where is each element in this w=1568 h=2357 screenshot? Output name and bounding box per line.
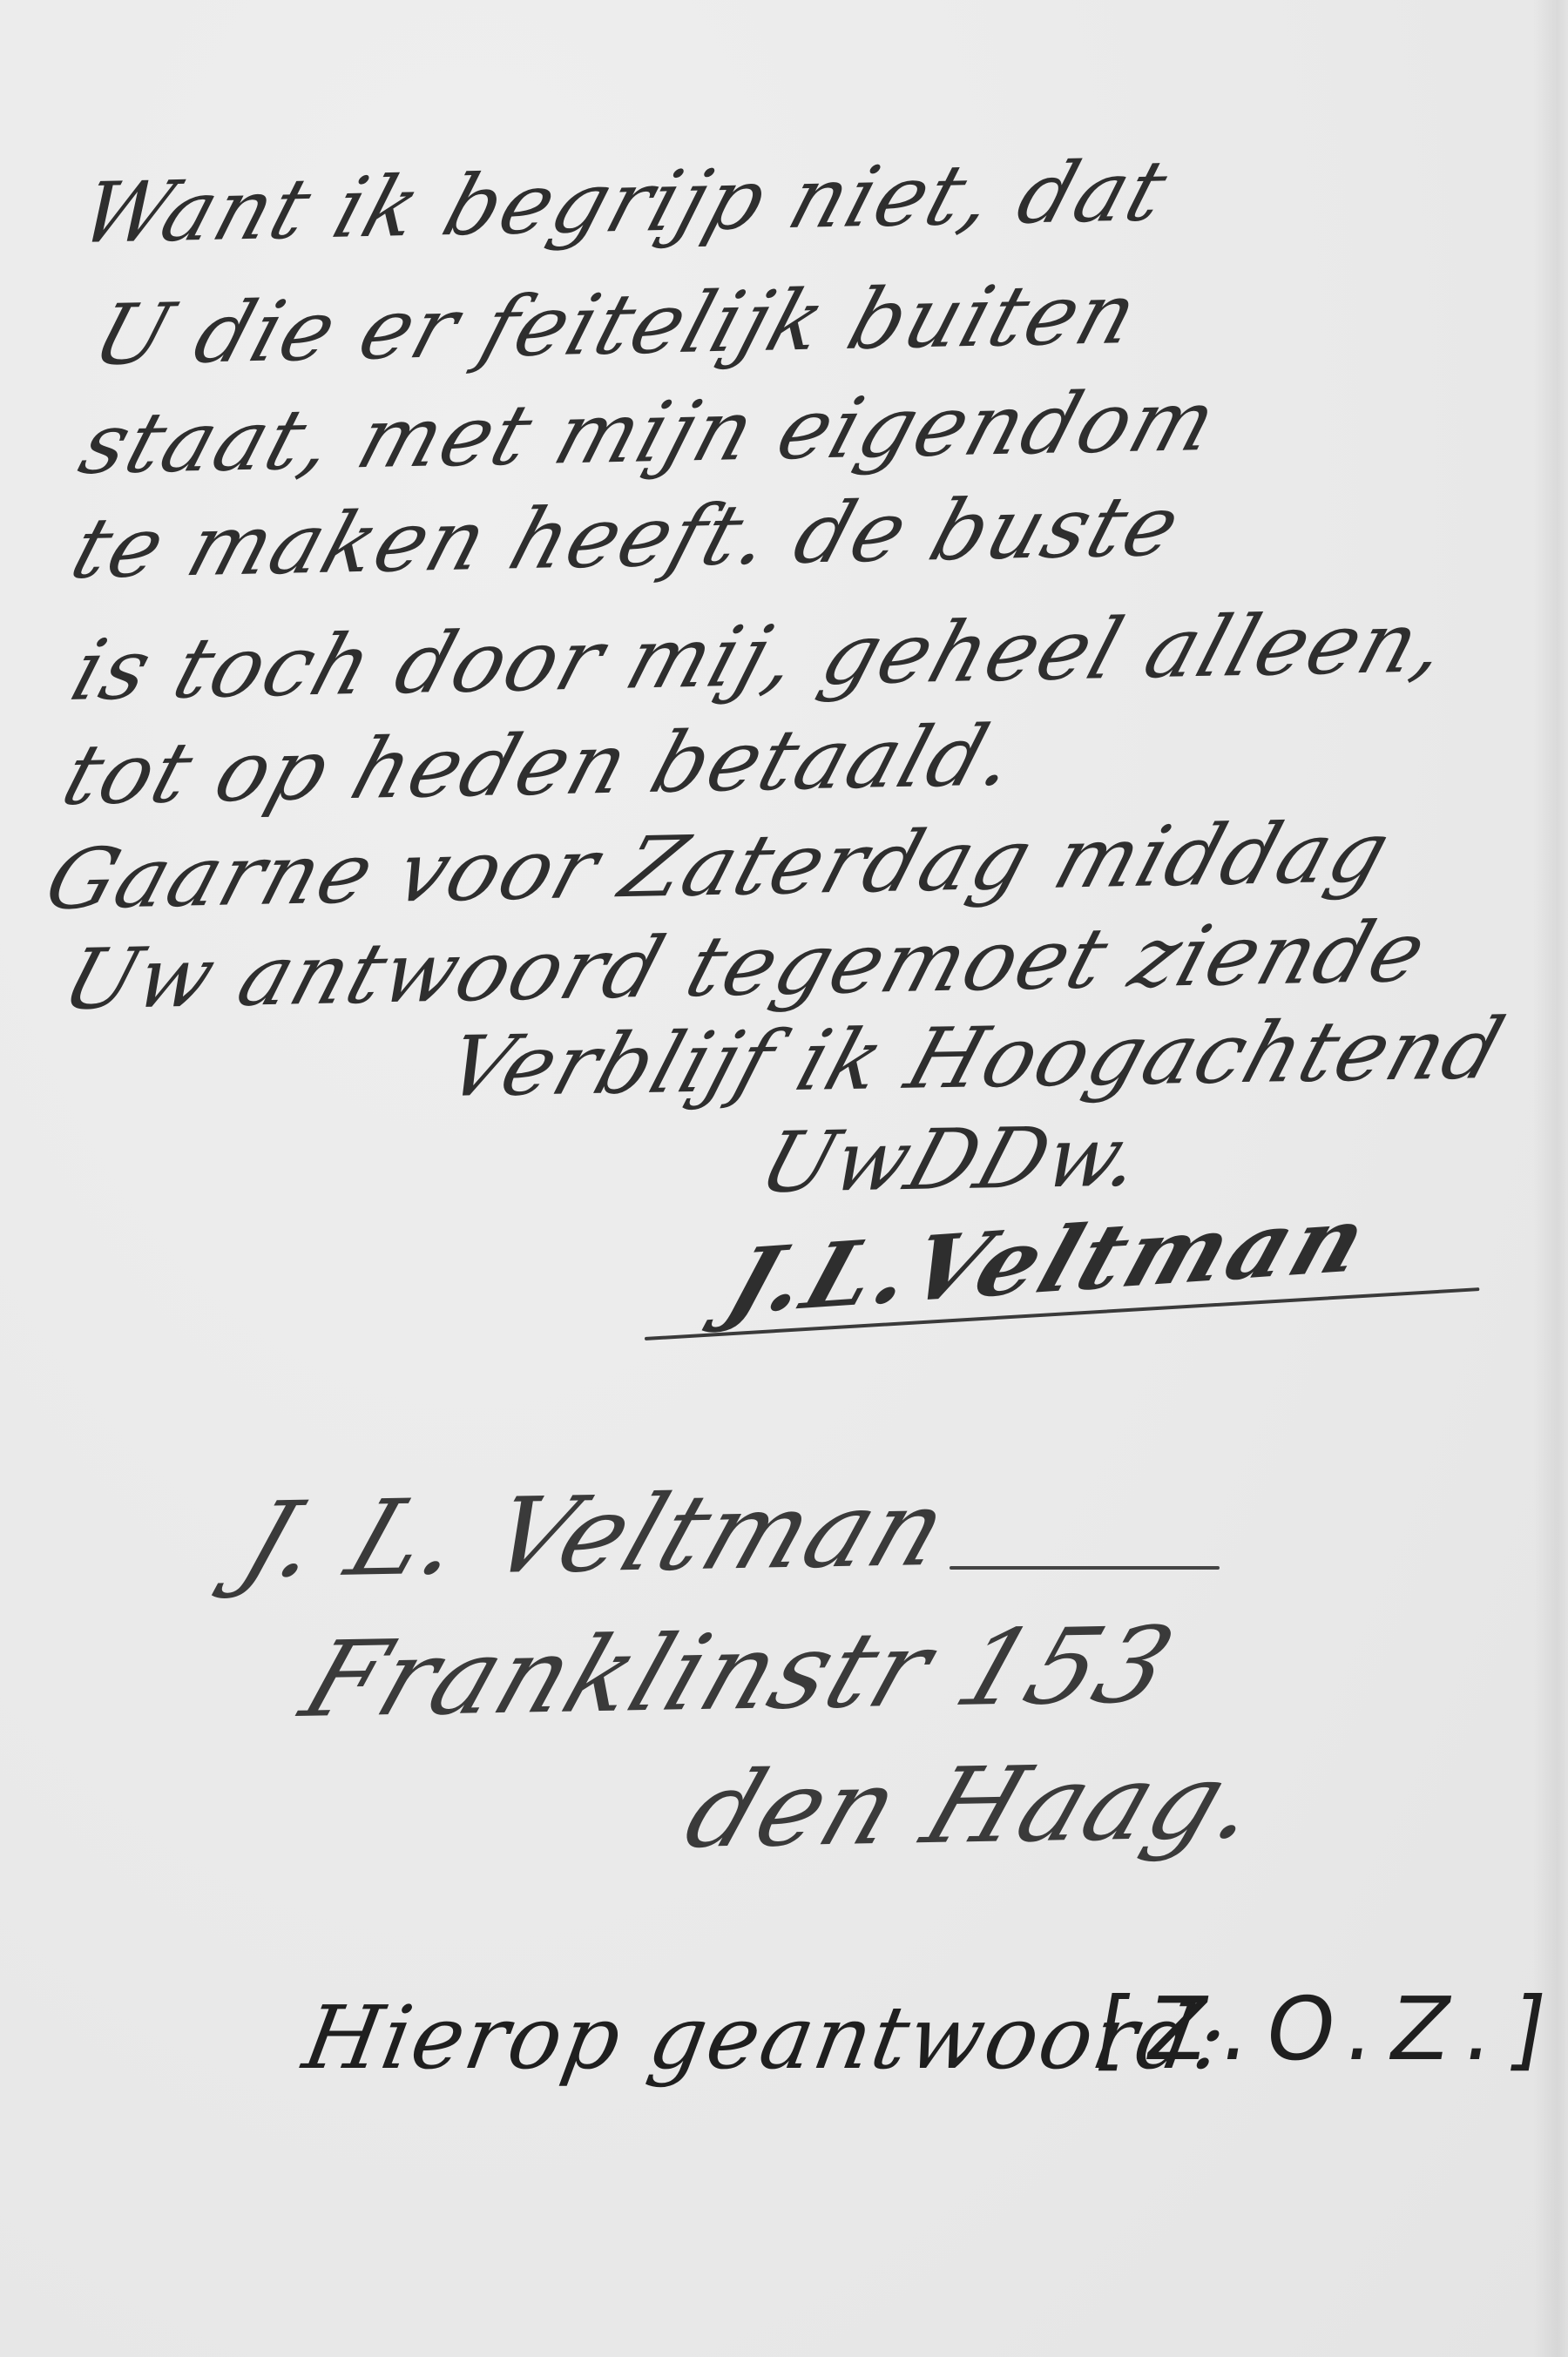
letter-page: Want ik begrijp niet, dat U die er feite…	[0, 0, 1568, 2357]
body-line-4: te maken heeft. de buste	[61, 478, 1193, 597]
annotation-reference: [Z.O.Z.]	[1089, 1977, 1568, 2082]
closing-salutation: Verblijf ik Hoogachtend	[436, 1001, 1516, 1115]
sender-street: Franklinstr 153	[287, 1605, 1189, 1742]
body-line-2: U die er feitelijk buiten	[83, 266, 1150, 383]
body-line-1: Want ik begrijp niet, dat	[70, 143, 1179, 261]
sender-name: J. L. Veltman	[226, 1469, 963, 1603]
body-line-5: is toch door mij, geheel alleen,	[61, 594, 1460, 719]
body-line-6: tot op heden betaald.	[52, 707, 1029, 823]
sender-name-underline	[950, 1566, 1220, 1570]
closing-abbreviation: UwDDw.	[749, 1109, 1156, 1211]
sender-city: den Haag.	[671, 1741, 1277, 1873]
body-line-3: staat, met mijn eigendom	[70, 373, 1229, 492]
